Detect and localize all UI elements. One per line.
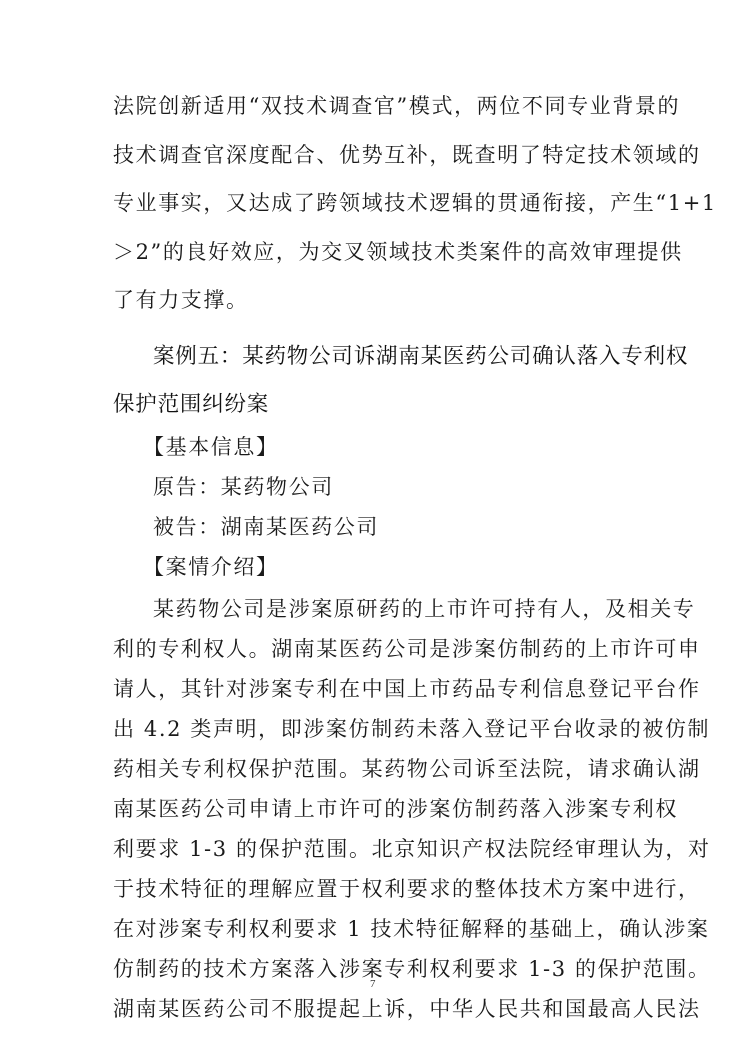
case-intro-line: 药相关专利权保护范围。某药物公司诉至法院，请求确认湖 (113, 755, 643, 783)
body-text-line: 专业事实，又达成了跨领域技术逻辑的贯通衔接，产生“1+1 (113, 189, 643, 217)
defendant: 被告：湖南某医药公司 (153, 513, 683, 541)
case-intro-line: 南某医药公司申请上市许可的涉案仿制药落入涉案专利权 (113, 795, 643, 823)
case-intro-line: 请人，其针对涉案专利在中国上市药品专利信息登记平台作 (113, 675, 643, 703)
case-intro-line: 出 4.2 类声明，即涉案仿制药未落入登记平台收录的被仿制 (113, 715, 643, 743)
case-title: 案例五：某药物公司诉湖南某医药公司确认落入专利权 (153, 343, 683, 371)
body-text-line: 技术调查官深度配合、优势互补，既查明了特定技术领域的 (113, 141, 643, 169)
case-intro-heading: 【案情介绍】 (143, 553, 673, 581)
case-intro-line: 利的专利权人。湖南某医药公司是涉案仿制药的上市许可申 (113, 635, 643, 663)
basic-info-heading: 【基本信息】 (143, 433, 673, 461)
case-intro-line: 在对涉案专利权利要求 1 技术特征解释的基础上，确认涉案 (113, 915, 643, 943)
case-intro-line: 利要求 1-3 的保护范围。北京知识产权法院经审理认为，对 (113, 835, 643, 863)
case-title: 保护范围纠纷案 (113, 391, 643, 419)
body-text-line: 法院创新适用“双技术调查官”模式，两位不同专业背景的 (113, 92, 643, 120)
page-number: 7 (370, 978, 376, 990)
plaintiff: 原告：某药物公司 (153, 473, 683, 501)
case-intro-line: 于技术特征的理解应置于权利要求的整体技术方案中进行， (113, 875, 643, 903)
body-text-line: 了有力支撑。 (113, 286, 643, 314)
case-intro-line: 湖南某医药公司不服提起上诉，中华人民共和国最高人民法 (113, 995, 643, 1023)
case-intro-line: 仿制药的技术方案落入涉案专利权利要求 1-3 的保护范围。 (113, 955, 643, 983)
body-text-line: ＞2”的良好效应，为交叉领域技术类案件的高效审理提供 (113, 238, 643, 266)
case-intro-line: 某药物公司是涉案原研药的上市许可持有人，及相关专 (153, 595, 683, 623)
